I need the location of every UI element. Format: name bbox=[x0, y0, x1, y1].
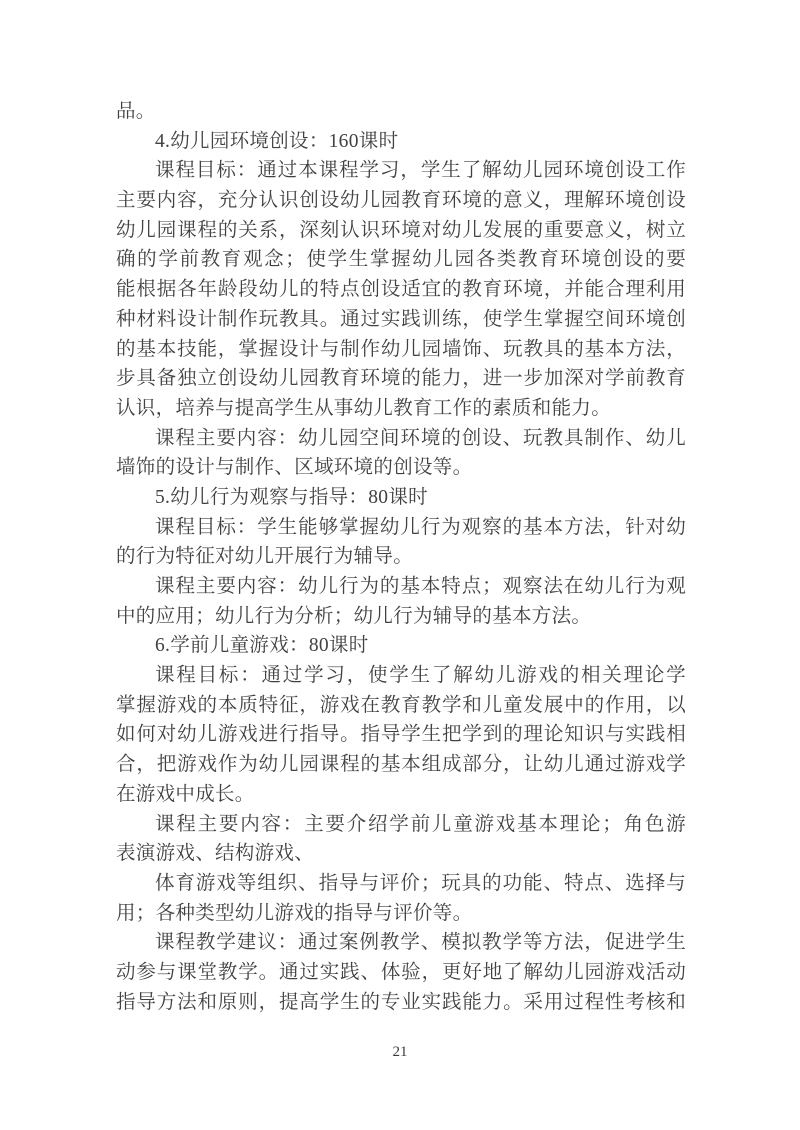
text-line: 课程主要内容：幼儿园空间环境的创设、玩教具制作、幼儿园 bbox=[116, 424, 686, 454]
text-line: 墙饰的设计与制作、区域环境的创设等。 bbox=[116, 453, 686, 483]
document-lines: 品。4.幼儿园环境创设：160课时课程目标：通过本课程学习，学生了解幼儿园环境创… bbox=[116, 97, 686, 1017]
text-line: 课程教学建议：通过案例教学、模拟教学等方法，促进学生主 bbox=[116, 928, 686, 958]
text-line: 课程主要内容：幼儿行为的基本特点；观察法在幼儿行为观察 bbox=[116, 572, 686, 602]
text-line: 的基本技能，掌握设计与制作幼儿园墙饰、玩教具的基本方法，初 bbox=[116, 335, 686, 365]
text-line: 确的学前教育观念；使学生掌握幼儿园各类教育环境创设的要点， bbox=[116, 245, 686, 275]
text-line: 合，把游戏作为幼儿园课程的基本组成部分，让幼儿通过游戏学习， bbox=[116, 750, 686, 780]
text-line: 4.幼儿园环境创设：160课时 bbox=[116, 127, 686, 157]
text-line: 能根据各年龄段幼儿的特点创设适宜的教育环境，并能合理利用各 bbox=[116, 275, 686, 305]
text-line: 种材料设计制作玩教具。通过实践训练，使学生掌握空间环境创设 bbox=[116, 305, 686, 335]
text-line: 课程主要内容：主要介绍学前儿童游戏基本理论；角色游戏、 bbox=[116, 810, 686, 840]
text-line: 6.学前儿童游戏：80课时 bbox=[116, 631, 686, 661]
text-line: 动参与课堂教学。通过实践、体验，更好地了解幼儿园游戏活动的 bbox=[116, 958, 686, 988]
text-line: 品。 bbox=[116, 97, 686, 127]
text-line: 掌握游戏的本质特征，游戏在教育教学和儿童发展中的作用，以及 bbox=[116, 691, 686, 721]
text-line: 用；各种类型幼儿游戏的指导与评价等。 bbox=[116, 899, 686, 929]
text-line: 如何对幼儿游戏进行指导。指导学生把学到的理论知识与实践相结 bbox=[116, 720, 686, 750]
text-line: 指导方法和原则，提高学生的专业实践能力。采用过程性考核和终 bbox=[116, 988, 686, 1018]
text-line: 步具备独立创设幼儿园教育环境的能力，进一步加深对学前教育的 bbox=[116, 364, 686, 394]
text-line: 的行为特征对幼儿开展行为辅导。 bbox=[116, 542, 686, 572]
text-line: 在游戏中成长。 bbox=[116, 780, 686, 810]
text-line: 表演游戏、结构游戏、 bbox=[116, 839, 686, 869]
text-line: 课程目标：通过学习，使学生了解幼儿游戏的相关理论学说， bbox=[116, 661, 686, 691]
text-line: 课程目标：通过本课程学习，学生了解幼儿园环境创设工作的 bbox=[116, 156, 686, 186]
text-line: 课程目标：学生能够掌握幼儿行为观察的基本方法，针对幼儿 bbox=[116, 513, 686, 543]
text-line: 认识，培养与提高学生从事幼儿教育工作的素质和能力。 bbox=[116, 394, 686, 424]
text-line: 幼儿园课程的关系，深刻认识环境对幼儿发展的重要意义，树立正 bbox=[116, 216, 686, 246]
text-line: 体育游戏等组织、指导与评价；玩具的功能、特点、选择与使 bbox=[116, 869, 686, 899]
page-number: 21 bbox=[0, 1044, 800, 1061]
text-line: 主要内容，充分认识创设幼儿园教育环境的意义，理解环境创设与 bbox=[116, 186, 686, 216]
text-line: 中的应用；幼儿行为分析；幼儿行为辅导的基本方法。 bbox=[116, 602, 686, 632]
text-line: 5.幼儿行为观察与指导：80课时 bbox=[116, 483, 686, 513]
document-page: 品。4.幼儿园环境创设：160课时课程目标：通过本课程学习，学生了解幼儿园环境创… bbox=[0, 0, 800, 1130]
